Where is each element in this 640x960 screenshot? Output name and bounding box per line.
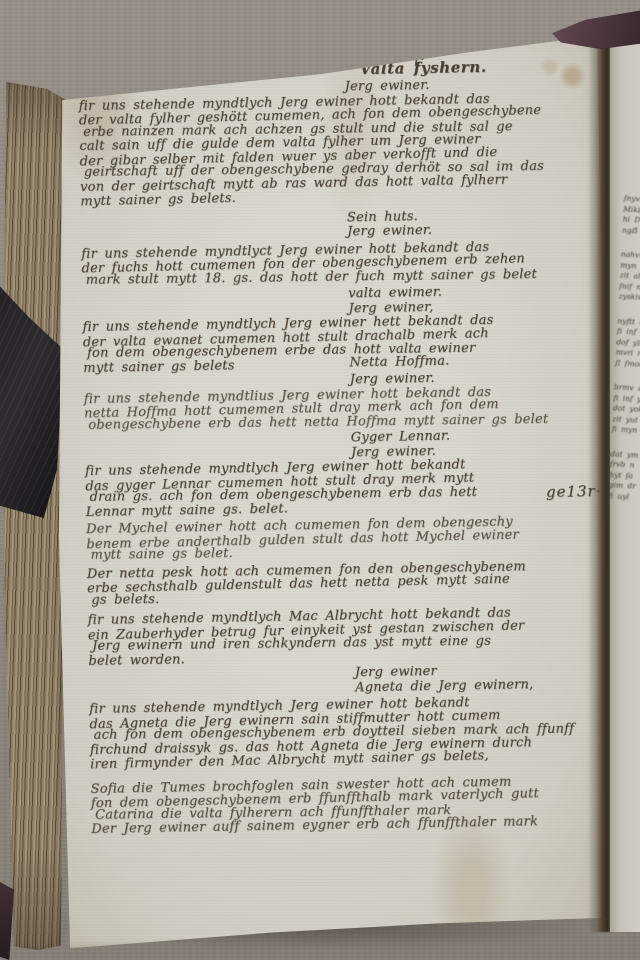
manuscript-paragraph: fir uns stehende myndtlych Jerg ewiner h… <box>85 456 598 519</box>
opposite-page-line: zit alby <box>619 270 640 282</box>
opposite-page-line: ſl ſmok <box>615 358 640 370</box>
opposite-page-line: fi inf ſt <box>617 326 640 338</box>
opposite-page-line: hi Da-z <box>622 215 640 227</box>
manuscript-signature: Agneta die Jerg ewinern, <box>355 676 601 694</box>
manuscript-paragraph: fir uns stehende myndtlius Jerg ewiner h… <box>84 384 597 433</box>
opposite-page-line: nahvm ſt <box>621 250 640 262</box>
manuscript-paragraph: Der Mychel ewiner hott ach cumemen fon d… <box>86 514 599 563</box>
manuscript-paragraph: fir uns stehende myndtlych Jerg ewiner h… <box>79 91 593 208</box>
opposite-page-text: ſnyvm nMikẞ mhi Da-zngẞ ytnahvm ſtmyn go… <box>610 194 640 503</box>
manuscript-signature: Jerg ewiner. <box>347 221 593 239</box>
opposite-page-line: brmv ayl <box>614 382 639 394</box>
manuscript-paragraph: fir uns stehende myndtlych Jerg ewiner h… <box>82 312 595 375</box>
opposite-page-line: dot yok <box>613 403 638 415</box>
photo-backdrop: 344 + Valta fyshern. Jerg ewiner.fir uns… <box>0 0 640 960</box>
manuscript-paragraph: Sofia die Tumes brochfoglen sain swester… <box>91 773 604 836</box>
opposite-page-line: gim dr <box>610 480 633 492</box>
folio-number-pencil: 344 <box>88 48 149 87</box>
opposite-page-line: ngẞ yt <box>622 225 640 237</box>
manuscript-text: Valta fyshern. Jerg ewiner.fir uns stehe… <box>78 57 603 839</box>
manuscript-page: 344 + Valta fyshern. Jerg ewiner.fir uns… <box>46 30 606 952</box>
opposite-page: ſnyvm nMikẞ mhi Da-zngẞ ytnahvm ſtmyn go… <box>610 44 640 932</box>
opposite-page-line: ſrvb n <box>610 459 634 471</box>
book-fore-edge-pages <box>4 82 66 950</box>
manuscript-blocks: Jerg ewiner.fir uns stehende myndtlych J… <box>78 76 603 836</box>
manuscript-paragraph: fir uns stehende myndtlych Mac Albrycht … <box>88 605 601 668</box>
manuscript-paragraph: fir uns stehende myndtlyct Jerg ewiner h… <box>81 239 594 288</box>
opposite-page-line: mvri ra <box>615 347 640 359</box>
opposite-page-line: zyskiv <box>618 291 640 303</box>
manuscript-paragraph: fir uns stehende myndtlych Jerg ewiner h… <box>89 694 602 770</box>
opposite-page-line: fi myn <box>611 424 636 436</box>
opposite-page-line: fi uyl <box>610 491 632 503</box>
opposite-page-line: ſnyvm n <box>624 194 640 206</box>
margin-note: Netta Hoffma. <box>349 354 449 371</box>
manuscript-paragraph: Der netta pesk hott ach cumemen fon den … <box>87 558 600 607</box>
